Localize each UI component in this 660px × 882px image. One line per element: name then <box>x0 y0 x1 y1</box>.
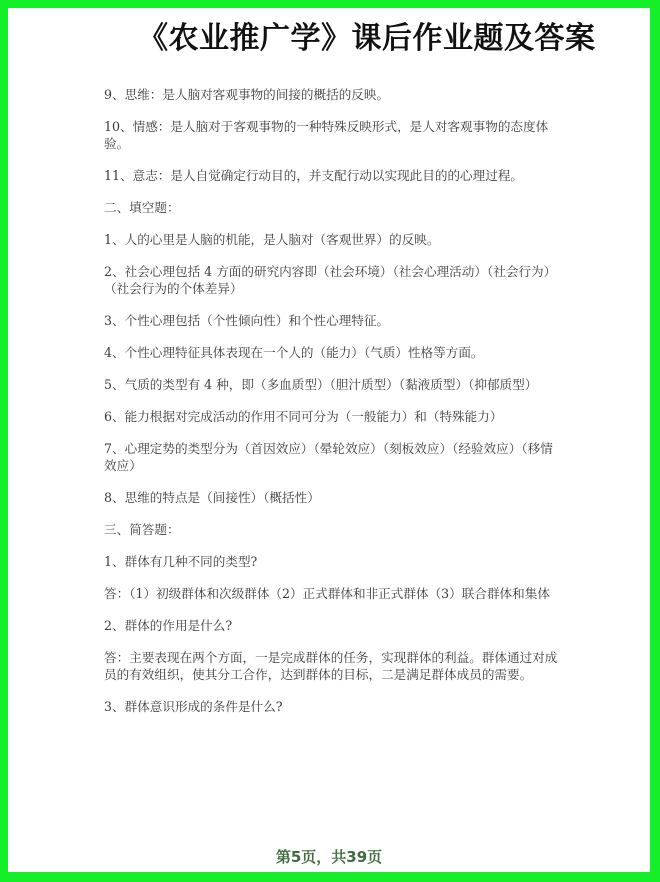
fill-in-item-2: 2、社会心理包括 4 方面的研究内容即（社会环境）（社会心理活动）（社会行为）（… <box>104 263 562 297</box>
fill-in-item-5: 5、气质的类型有 4 种，即（多血质型）（胆汁质型）（黏液质型）（抑郁质型） <box>104 376 562 393</box>
fill-in-item-3: 3、个性心理包括（个性倾向性）和个性心理特征。 <box>104 312 562 329</box>
fill-in-item-8: 8、思维的特点是（间接性）（概括性） <box>104 489 562 506</box>
fill-in-item-6: 6、能力根据对完成活动的作用不同可分为（一般能力）和（特殊能力） <box>104 408 562 425</box>
answer-1: 答：（1）初级群体和次级群体（2）正式群体和非正式群体（3）联合群体和集体 <box>104 585 562 602</box>
question-1: 1、群体有几种不同的类型? <box>104 553 562 570</box>
section-heading-short-answer: 三、简答题： <box>104 521 562 538</box>
page-indicator: 第5页，共39页 <box>8 846 650 867</box>
document-title: 《农业推广学》课后作业题及答案 <box>138 19 598 59</box>
question-2: 2、群体的作用是什么? <box>104 617 562 634</box>
document-body: 9、思维：是人脑对客观事物的间接的概括的反映。 10、情感：是人脑对于客观事物的… <box>104 86 562 715</box>
question-3: 3、群体意识形成的条件是什么? <box>104 698 562 715</box>
paragraph-definition-will: 11、意志：是人自觉确定行动目的，并支配行动以实现此目的的心理过程。 <box>104 167 562 184</box>
document-page: 《农业推广学》课后作业题及答案 9、思维：是人脑对客观事物的间接的概括的反映。 … <box>8 8 650 872</box>
fill-in-item-4: 4、个性心理特征具体表现在一个人的（能力）（气质）性格等方面。 <box>104 344 562 361</box>
paragraph-definition-thinking: 9、思维：是人脑对客观事物的间接的概括的反映。 <box>104 86 562 103</box>
paragraph-definition-emotion: 10、情感：是人脑对于客观事物的一种特殊反映形式，是人对客观事物的态度体验。 <box>104 118 562 152</box>
fill-in-item-1: 1、人的心里是人脑的机能，是人脑对（客观世界）的反映。 <box>104 231 562 248</box>
answer-2: 答：主要表现在两个方面，一是完成群体的任务，实现群体的利益。群体通过对成员的有效… <box>104 649 562 683</box>
section-heading-fill-in: 二、填空题： <box>104 199 562 216</box>
fill-in-item-7: 7、心理定势的类型分为（首因效应）（晕轮效应）（刻板效应）（经验效应）（移情效应… <box>104 440 562 474</box>
